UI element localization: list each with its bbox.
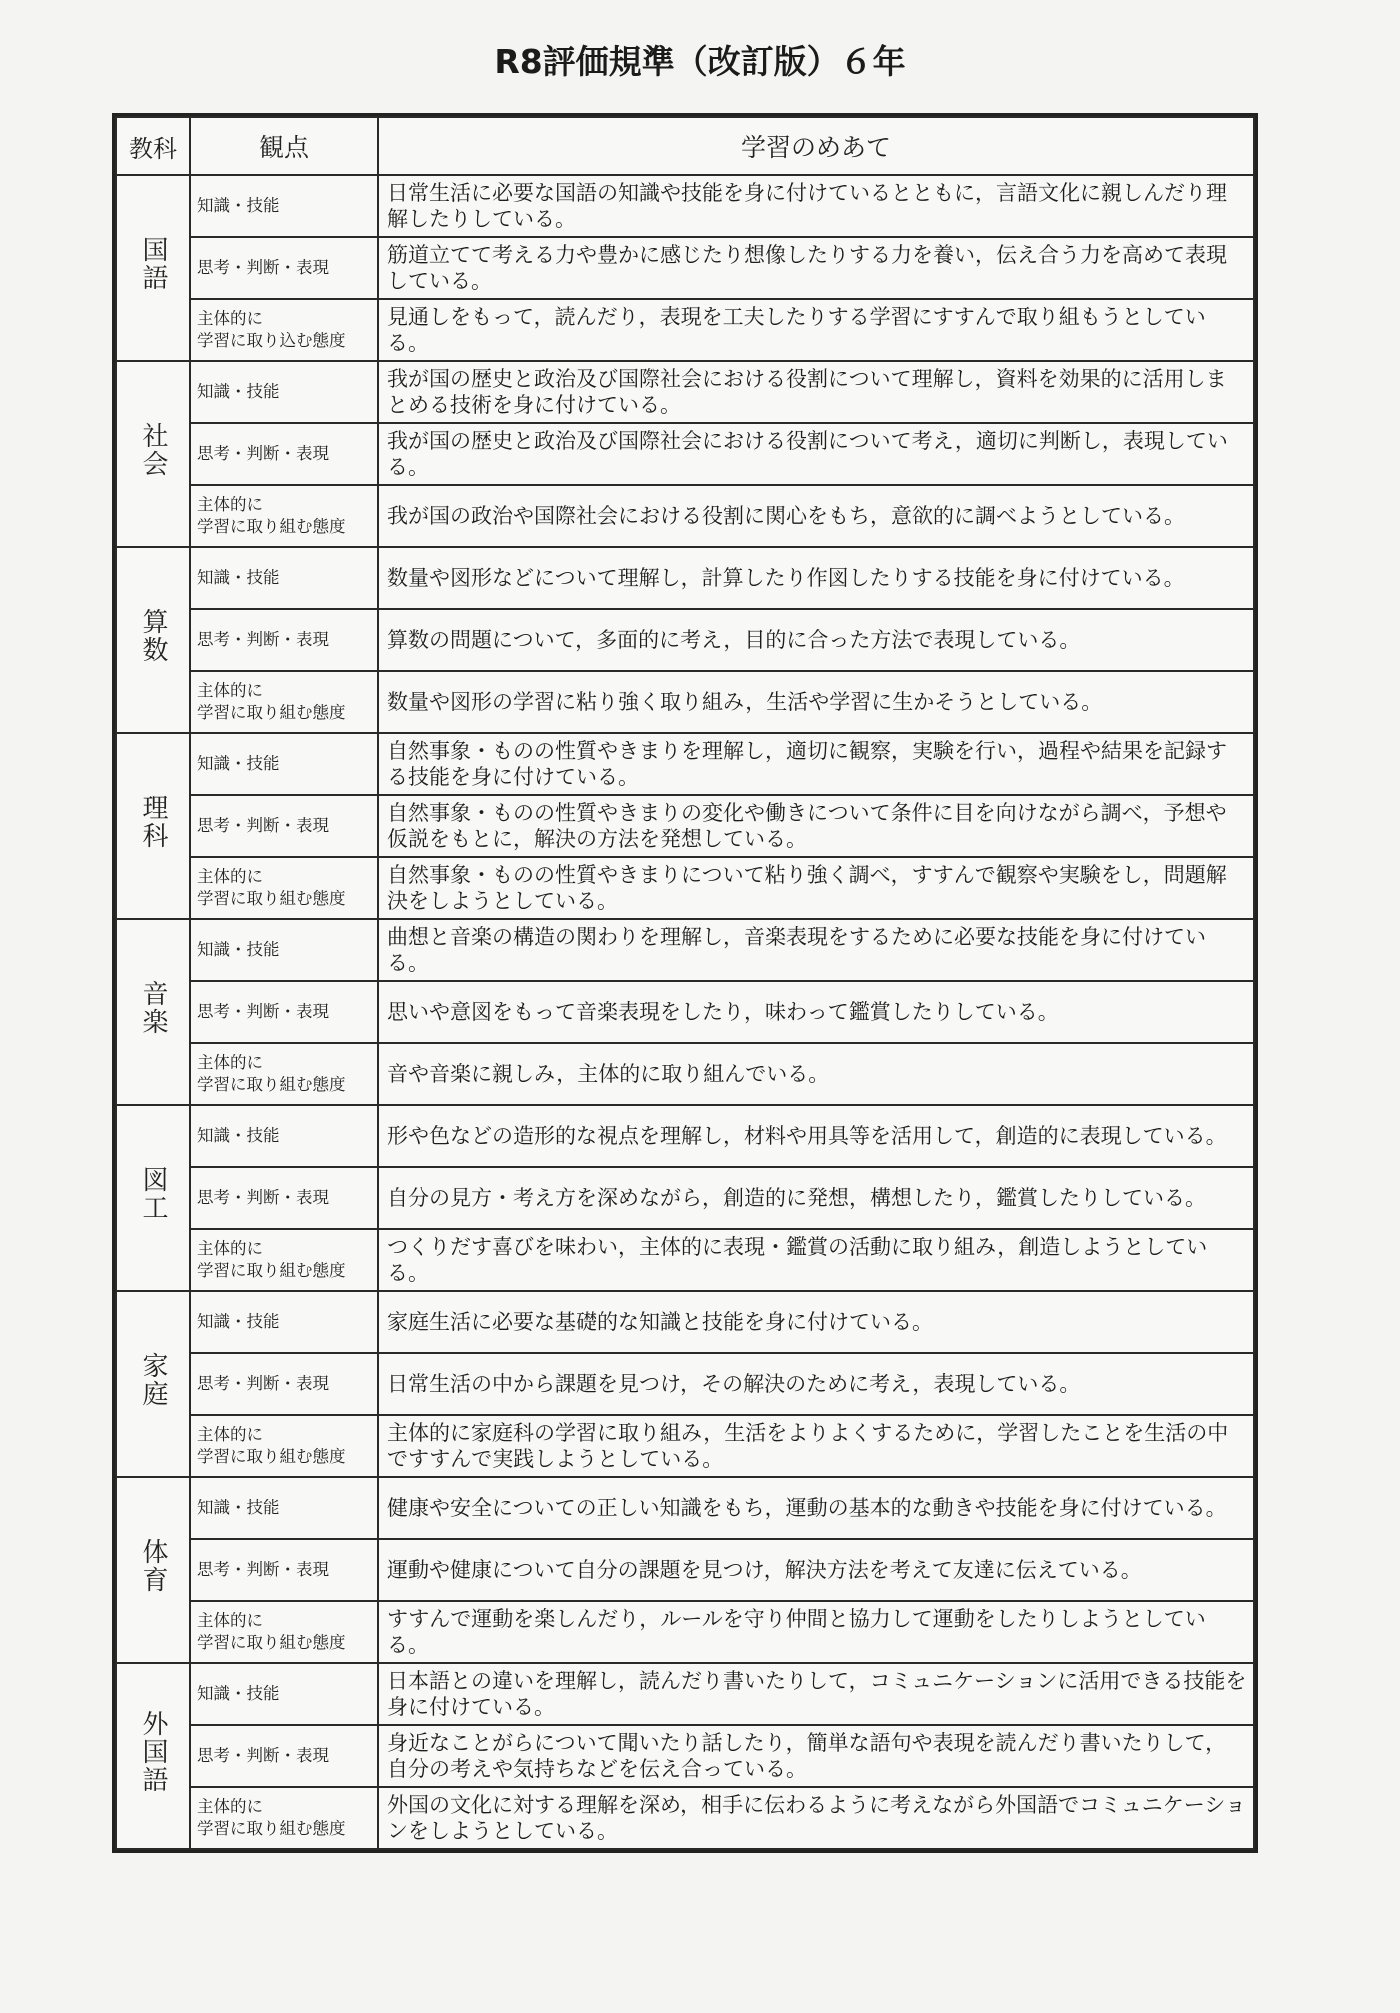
subject-name: 理科 xyxy=(136,794,170,850)
subject-name: 体育 xyxy=(136,1538,170,1594)
viewpoint-cell: 思考・判断・表現 xyxy=(190,1539,378,1601)
viewpoint-cell: 知識・技能 xyxy=(190,1291,378,1353)
goal-cell: 身近なことがらについて聞いたり話したり，簡単な語句や表現を読んだり書いたりして，… xyxy=(378,1725,1254,1787)
viewpoint-cell: 主体的に学習に取り組む態度 xyxy=(190,1229,378,1291)
table-row: 思考・判断・表現我が国の歴史と政治及び国際社会における役割について考え，適切に判… xyxy=(116,423,1254,485)
table-body: 国語知識・技能日常生活に必要な国語の知識や技能を身に付けているとともに，言語文化… xyxy=(116,175,1254,1849)
subject-name: 家庭 xyxy=(136,1352,170,1408)
viewpoint-cell: 主体的に学習に取り組む態度 xyxy=(190,857,378,919)
header-row: 教科 観点 学習のめあて xyxy=(116,117,1254,175)
viewpoint-cell: 主体的に学習に取り組む態度 xyxy=(190,1787,378,1849)
goal-cell: 日常生活に必要な国語の知識や技能を身に付けているとともに，言語文化に親しんだり理… xyxy=(378,175,1254,237)
viewpoint-cell: 思考・判断・表現 xyxy=(190,1167,378,1229)
subject-cell: 外国語 xyxy=(116,1663,190,1849)
viewpoint-cell: 主体的に学習に取り組む態度 xyxy=(190,1415,378,1477)
table-row: 主体的に学習に取り組む態度すすんで運動を楽しんだり，ルールを守り仲間と協力して運… xyxy=(116,1601,1254,1663)
subject-cell: 国語 xyxy=(116,175,190,361)
viewpoint-cell: 思考・判断・表現 xyxy=(190,609,378,671)
goal-cell: 我が国の歴史と政治及び国際社会における役割について理解し，資料を効果的に活用しま… xyxy=(378,361,1254,423)
subject-name: 音楽 xyxy=(136,980,170,1036)
goal-cell: 健康や安全についての正しい知識をもち，運動の基本的な動きや技能を身に付けている。 xyxy=(378,1477,1254,1539)
viewpoint-cell: 知識・技能 xyxy=(190,1477,378,1539)
table-row: 思考・判断・表現運動や健康について自分の課題を見つけ，解決方法を考えて友達に伝え… xyxy=(116,1539,1254,1601)
table-row: 思考・判断・表現日常生活の中から課題を見つけ，その解決のために考え，表現している… xyxy=(116,1353,1254,1415)
table-row: 思考・判断・表現思いや意図をもって音楽表現をしたり，味わって鑑賞したりしている。 xyxy=(116,981,1254,1043)
goal-cell: 思いや意図をもって音楽表現をしたり，味わって鑑賞したりしている。 xyxy=(378,981,1254,1043)
goal-cell: すすんで運動を楽しんだり，ルールを守り仲間と協力して運動をしたりしようとしている… xyxy=(378,1601,1254,1663)
goal-cell: 形や色などの造形的な視点を理解し，材料や用具等を活用して，創造的に表現している。 xyxy=(378,1105,1254,1167)
table-row: 家庭知識・技能家庭生活に必要な基礎的な知識と技能を身に付けている。 xyxy=(116,1291,1254,1353)
goal-cell: 主体的に家庭科の学習に取り組み，生活をよりよくするために，学習したことを生活の中… xyxy=(378,1415,1254,1477)
table-row: 体育知識・技能健康や安全についての正しい知識をもち，運動の基本的な動きや技能を身… xyxy=(116,1477,1254,1539)
subject-cell: 家庭 xyxy=(116,1291,190,1477)
header-viewpoint: 観点 xyxy=(190,117,378,175)
viewpoint-cell: 知識・技能 xyxy=(190,733,378,795)
page-title: R8評価規準（改訂版）６年 xyxy=(0,36,1400,83)
viewpoint-cell: 思考・判断・表現 xyxy=(190,1353,378,1415)
viewpoint-cell: 思考・判断・表現 xyxy=(190,795,378,857)
table-row: 主体的に学習に取り込む態度見通しをもって，読んだり，表現を工夫したりする学習にす… xyxy=(116,299,1254,361)
viewpoint-cell: 知識・技能 xyxy=(190,547,378,609)
evaluation-criteria-table: 教科 観点 学習のめあて 国語知識・技能日常生活に必要な国語の知識や技能を身に付… xyxy=(112,113,1258,1853)
goal-cell: 自然事象・ものの性質やきまりを理解し，適切に観察，実験を行い，過程や結果を記録す… xyxy=(378,733,1254,795)
viewpoint-cell: 主体的に学習に取り組む態度 xyxy=(190,671,378,733)
table-row: 主体的に学習に取り組む態度数量や図形の学習に粘り強く取り組み，生活や学習に生かそ… xyxy=(116,671,1254,733)
viewpoint-cell: 思考・判断・表現 xyxy=(190,423,378,485)
table-row: 主体的に学習に取り組む態度外国の文化に対する理解を深め，相手に伝わるように考えな… xyxy=(116,1787,1254,1849)
goal-cell: 曲想と音楽の構造の関わりを理解し，音楽表現をするために必要な技能を身に付けている… xyxy=(378,919,1254,981)
viewpoint-cell: 知識・技能 xyxy=(190,1663,378,1725)
table-row: 思考・判断・表現身近なことがらについて聞いたり話したり，簡単な語句や表現を読んだ… xyxy=(116,1725,1254,1787)
table-row: 外国語知識・技能日本語との違いを理解し，読んだり書いたりして，コミュニケーション… xyxy=(116,1663,1254,1725)
goal-cell: 自然事象・ものの性質やきまりの変化や働きについて条件に目を向けながら調べ，予想や… xyxy=(378,795,1254,857)
goal-cell: 数量や図形などについて理解し，計算したり作図したりする技能を身に付けている。 xyxy=(378,547,1254,609)
subject-cell: 理科 xyxy=(116,733,190,919)
table-row: 国語知識・技能日常生活に必要な国語の知識や技能を身に付けているとともに，言語文化… xyxy=(116,175,1254,237)
goal-cell: 自然事象・ものの性質やきまりについて粘り強く調べ，すすんで観察や実験をし，問題解… xyxy=(378,857,1254,919)
viewpoint-cell: 知識・技能 xyxy=(190,919,378,981)
table-row: 音楽知識・技能曲想と音楽の構造の関わりを理解し，音楽表現をするために必要な技能を… xyxy=(116,919,1254,981)
table-row: 理科知識・技能自然事象・ものの性質やきまりを理解し，適切に観察，実験を行い，過程… xyxy=(116,733,1254,795)
viewpoint-cell: 主体的に学習に取り込む態度 xyxy=(190,299,378,361)
subject-name: 外国語 xyxy=(136,1710,170,1794)
table-row: 算数知識・技能数量や図形などについて理解し，計算したり作図したりする技能を身に付… xyxy=(116,547,1254,609)
goal-cell: 音や音楽に親しみ，主体的に取り組んでいる。 xyxy=(378,1043,1254,1105)
table-row: 図工知識・技能形や色などの造形的な視点を理解し，材料や用具等を活用して，創造的に… xyxy=(116,1105,1254,1167)
subject-cell: 図工 xyxy=(116,1105,190,1291)
subject-cell: 音楽 xyxy=(116,919,190,1105)
subject-cell: 体育 xyxy=(116,1477,190,1663)
goal-cell: 外国の文化に対する理解を深め，相手に伝わるように考えながら外国語でコミュニケーシ… xyxy=(378,1787,1254,1849)
subject-cell: 算数 xyxy=(116,547,190,733)
subject-name: 算数 xyxy=(136,608,170,664)
table-row: 主体的に学習に取り組む態度つくりだす喜びを味わい，主体的に表現・鑑賞の活動に取り… xyxy=(116,1229,1254,1291)
table-row: 社会知識・技能我が国の歴史と政治及び国際社会における役割について理解し，資料を効… xyxy=(116,361,1254,423)
viewpoint-cell: 思考・判断・表現 xyxy=(190,981,378,1043)
subject-name: 国語 xyxy=(136,236,170,292)
goal-cell: つくりだす喜びを味わい，主体的に表現・鑑賞の活動に取り組み，創造しようとしている… xyxy=(378,1229,1254,1291)
goal-cell: 我が国の政治や国際社会における役割に関心をもち，意欲的に調べようとしている。 xyxy=(378,485,1254,547)
goal-cell: 自分の見方・考え方を深めながら，創造的に発想，構想したり，鑑賞したりしている。 xyxy=(378,1167,1254,1229)
table-row: 思考・判断・表現算数の問題について，多面的に考え，目的に合った方法で表現している… xyxy=(116,609,1254,671)
viewpoint-cell: 知識・技能 xyxy=(190,361,378,423)
subject-cell: 社会 xyxy=(116,361,190,547)
viewpoint-cell: 思考・判断・表現 xyxy=(190,237,378,299)
viewpoint-cell: 主体的に学習に取り組む態度 xyxy=(190,1043,378,1105)
subject-name: 図工 xyxy=(136,1166,170,1222)
table-row: 思考・判断・表現自分の見方・考え方を深めながら，創造的に発想，構想したり，鑑賞し… xyxy=(116,1167,1254,1229)
goal-cell: 運動や健康について自分の課題を見つけ，解決方法を考えて友達に伝えている。 xyxy=(378,1539,1254,1601)
viewpoint-cell: 知識・技能 xyxy=(190,175,378,237)
goal-cell: 筋道立てて考える力や豊かに感じたり想像したりする力を養い，伝え合う力を高めて表現… xyxy=(378,237,1254,299)
goal-cell: 日本語との違いを理解し，読んだり書いたりして，コミュニケーションに活用できる技能… xyxy=(378,1663,1254,1725)
header-subject: 教科 xyxy=(116,117,190,175)
viewpoint-cell: 知識・技能 xyxy=(190,1105,378,1167)
goal-cell: 数量や図形の学習に粘り強く取り組み，生活や学習に生かそうとしている。 xyxy=(378,671,1254,733)
header-goal: 学習のめあて xyxy=(378,117,1254,175)
goal-cell: 見通しをもって，読んだり，表現を工夫したりする学習にすすんで取り組もうとしている… xyxy=(378,299,1254,361)
goal-cell: 日常生活の中から課題を見つけ，その解決のために考え，表現している。 xyxy=(378,1353,1254,1415)
viewpoint-cell: 主体的に学習に取り組む態度 xyxy=(190,1601,378,1663)
table-row: 思考・判断・表現自然事象・ものの性質やきまりの変化や働きについて条件に目を向けな… xyxy=(116,795,1254,857)
table-row: 主体的に学習に取り組む態度我が国の政治や国際社会における役割に関心をもち，意欲的… xyxy=(116,485,1254,547)
table-row: 主体的に学習に取り組む態度自然事象・ものの性質やきまりについて粘り強く調べ，すす… xyxy=(116,857,1254,919)
goal-cell: 算数の問題について，多面的に考え，目的に合った方法で表現している。 xyxy=(378,609,1254,671)
subject-name: 社会 xyxy=(136,422,170,478)
table-row: 主体的に学習に取り組む態度音や音楽に親しみ，主体的に取り組んでいる。 xyxy=(116,1043,1254,1105)
viewpoint-cell: 思考・判断・表現 xyxy=(190,1725,378,1787)
table-row: 主体的に学習に取り組む態度主体的に家庭科の学習に取り組み，生活をよりよくするため… xyxy=(116,1415,1254,1477)
goal-cell: 家庭生活に必要な基礎的な知識と技能を身に付けている。 xyxy=(378,1291,1254,1353)
viewpoint-cell: 主体的に学習に取り組む態度 xyxy=(190,485,378,547)
goal-cell: 我が国の歴史と政治及び国際社会における役割について考え，適切に判断し，表現してい… xyxy=(378,423,1254,485)
table-row: 思考・判断・表現筋道立てて考える力や豊かに感じたり想像したりする力を養い，伝え合… xyxy=(116,237,1254,299)
